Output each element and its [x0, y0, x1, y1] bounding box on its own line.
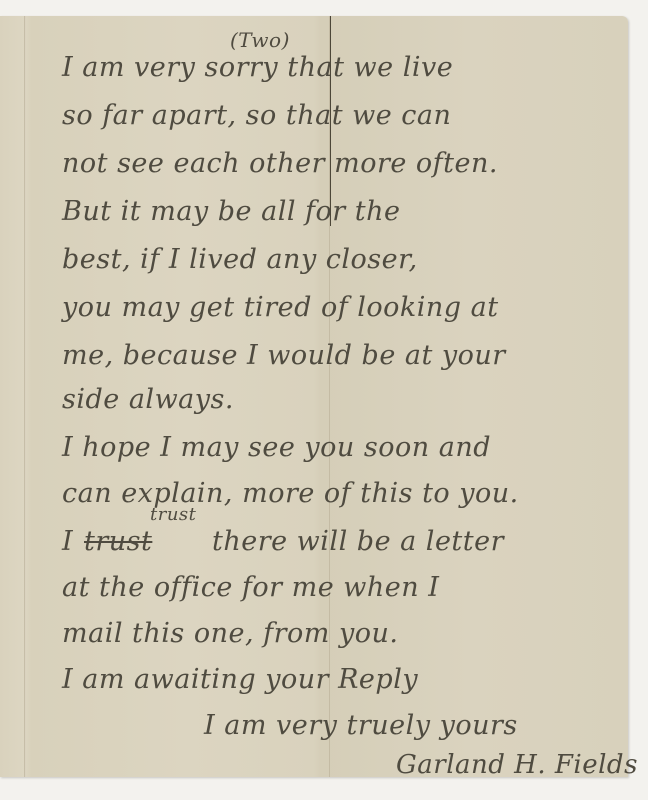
letter-line: But it may be all for the — [62, 196, 401, 227]
letter-page: (Two) I am very sorry that we live so fa… — [0, 16, 628, 777]
struck-word: trust — [84, 526, 152, 557]
left-fold-crease — [24, 16, 26, 777]
letter-line: I — [62, 526, 73, 557]
letter-line: so far apart, so that we can — [62, 100, 451, 131]
letter-line: side always. — [62, 384, 234, 415]
letter-line: at the office for me when I — [62, 572, 439, 603]
letter-line: you may get tired of looking at — [62, 292, 499, 323]
closing-line: I am very truely yours — [204, 710, 518, 741]
letter-line: mail this one, from you. — [62, 618, 398, 649]
letter-line: not see each other more often. — [62, 148, 498, 179]
letter-line: I am awaiting your Reply — [62, 664, 418, 695]
signature: Garland H. Fields — [396, 750, 638, 780]
letter-line: I hope I may see you soon and — [62, 432, 491, 463]
letter-line: I am very sorry that we live — [62, 52, 453, 83]
letter-line: there will be a letter — [212, 526, 504, 557]
letter-line: me, because I would be at your — [62, 340, 506, 371]
letter-line: best, if I lived any closer, — [62, 244, 418, 275]
letter-line: can explain, more of this to you. — [62, 478, 519, 509]
page-number-label: (Two) — [230, 28, 290, 52]
inserted-word: trust — [150, 504, 196, 525]
